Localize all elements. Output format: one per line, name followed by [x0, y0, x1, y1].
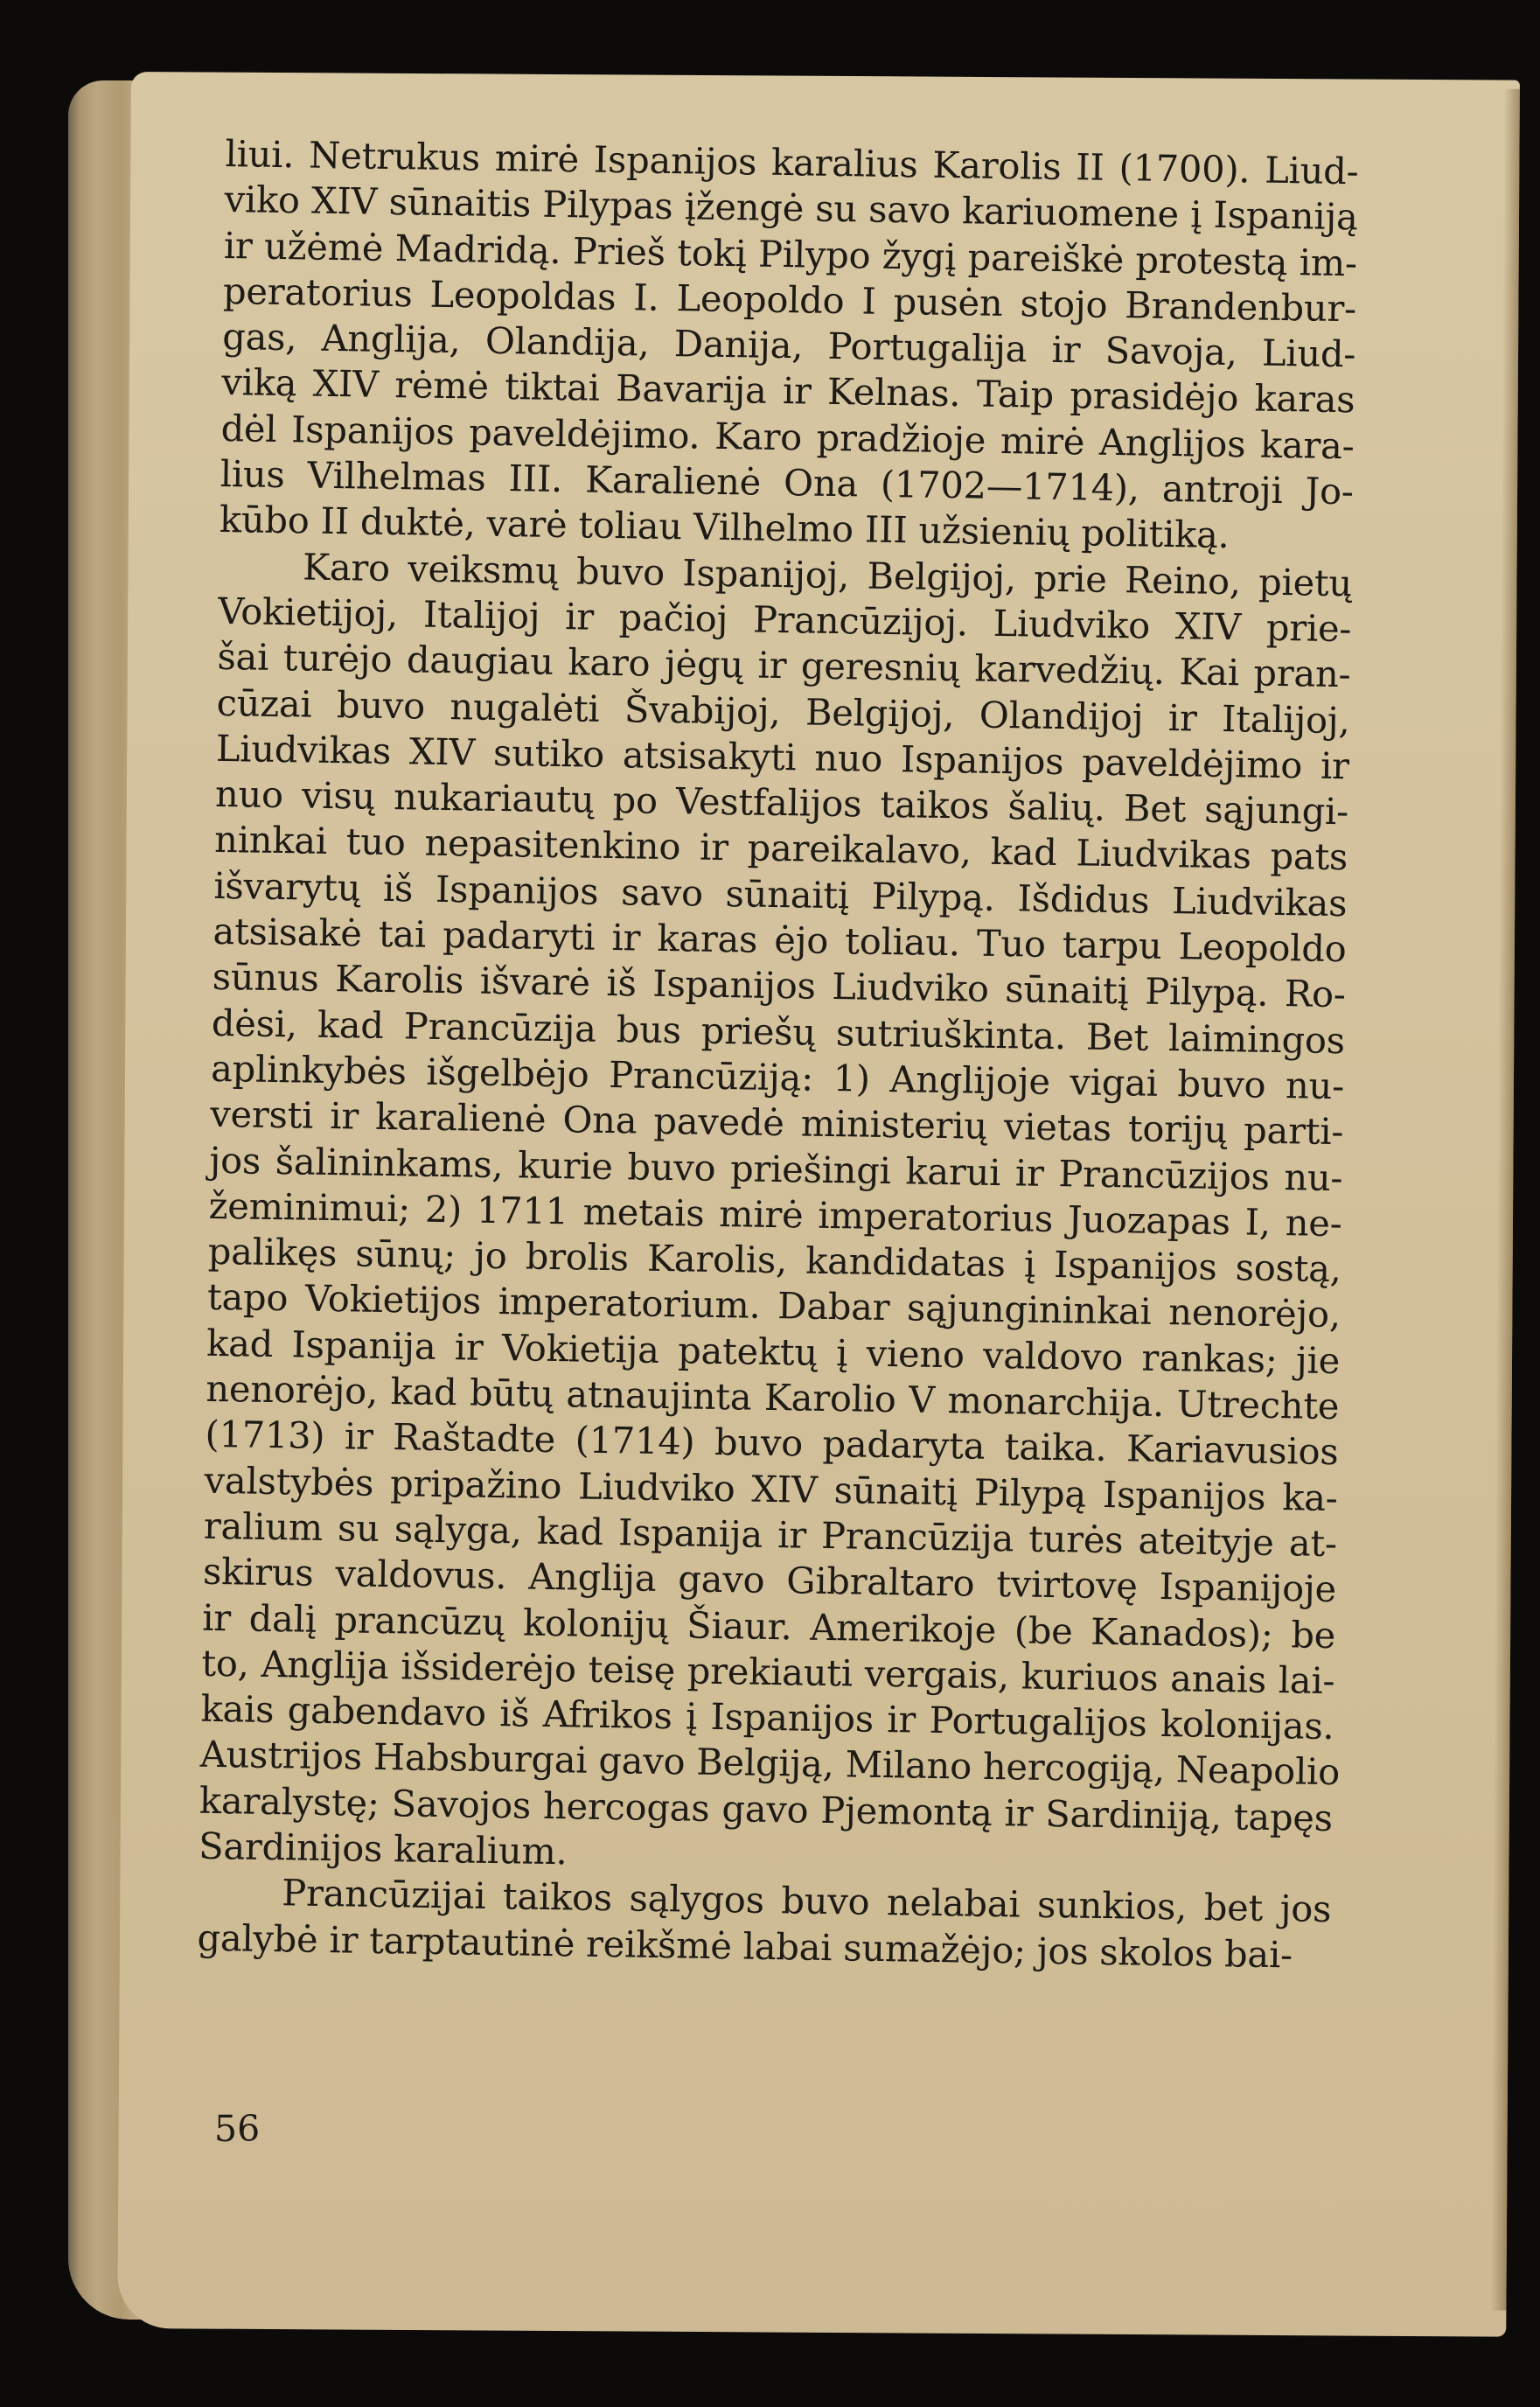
page-number: 56: [214, 2108, 260, 2150]
paragraph: liui. Netrukus mirė Ispanijos karalius K…: [220, 131, 1359, 561]
paragraph: Prancūzijai taikos sąlygos buvo nelabai …: [197, 1869, 1331, 1978]
page-text: liui. Netrukus mirė Ispanijos karalius K…: [197, 131, 1359, 1978]
paragraph: Karo veiksmų buvo Ispanijoj, Belgijoj, p…: [199, 543, 1353, 1887]
